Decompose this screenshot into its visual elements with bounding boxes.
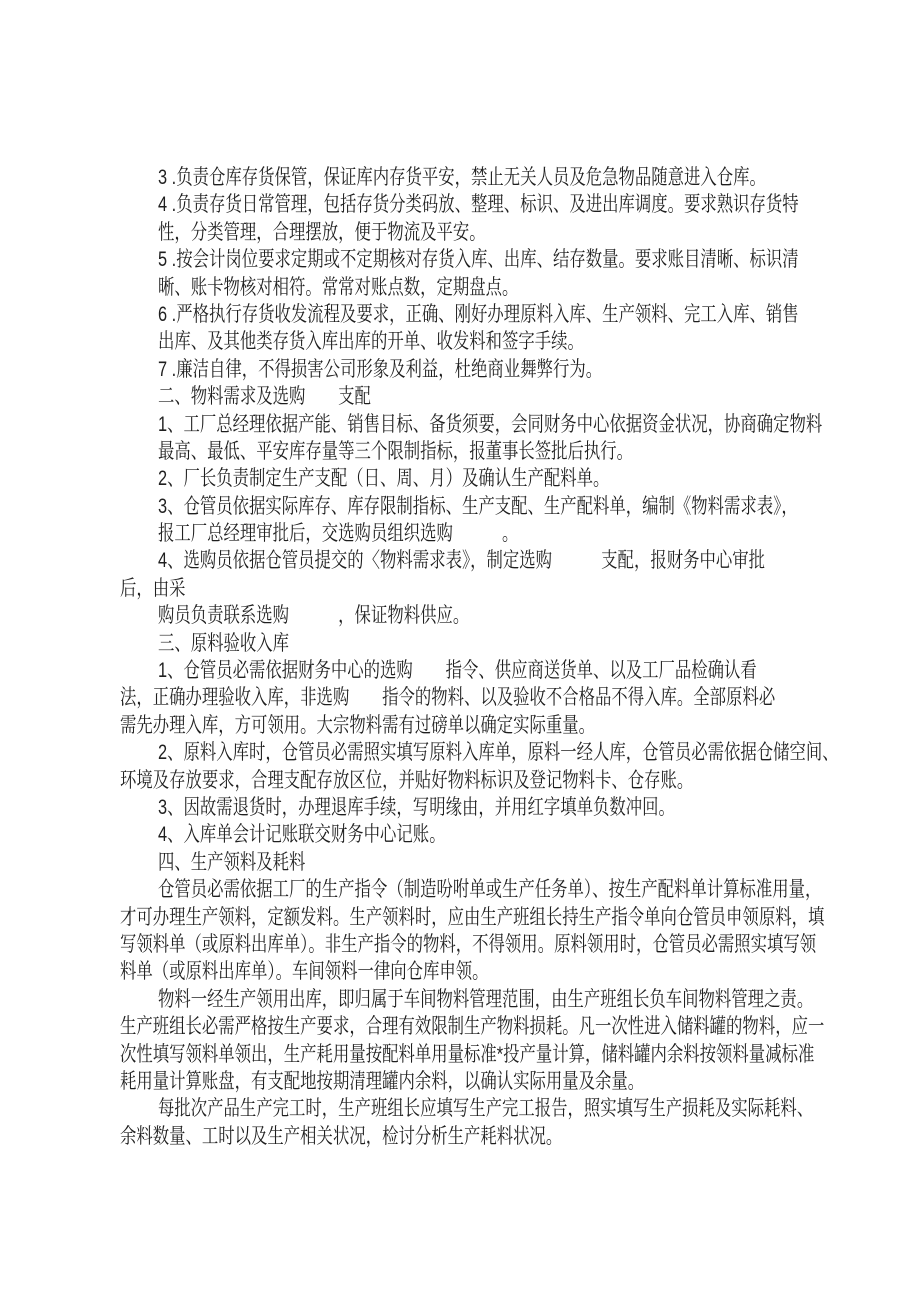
document-line: 4、入库单会计记账联交财务中心记账。	[158, 821, 839, 848]
document-line: 四、生产领料及耗料	[158, 849, 839, 876]
document-line: 二、物料需求及选购 支配	[158, 383, 839, 410]
document-line: 物料一经生产领用出库，即归属于车间物料管理范围，由生产班组长负车间物料管理之责。	[158, 986, 839, 1013]
document-line: 4、选购员依据仓管员提交的〈物料需求表》，制定选购 支配，报财务中心审批	[158, 547, 839, 574]
document-line: 1、仓管员必需依据财务中心的选购 指令、供应商送货单、以及工厂品检确认看	[158, 657, 839, 684]
document-line: 6 .严格执行存货收发流程及要求，正确、刚好办理原料入库、生产领料、完工入库、销…	[158, 301, 839, 328]
document-line: 晰、账卡物核对相符。常常对账点数，定期盘点。	[158, 274, 839, 301]
document-line: 仓管员必需依据工厂的生产指令（制造吩咐单或生产任务单）、按生产配料单计算标准用量…	[158, 876, 839, 903]
document-line: 法，正确办理验收入库，非选购 指令的物料、以及验收不合格品不得入库。全部原料必	[120, 684, 830, 711]
document-line: 2、厂长负责制定生产支配（日、周、月）及确认生产配料单。	[158, 465, 839, 492]
document-line: 料单（或原料出库单）。车间领料一律向仓库申领。	[120, 958, 830, 985]
document-line: 7 .廉洁自律，不得损害公司形象及利益，杜绝商业舞弊行为。	[158, 356, 839, 383]
document-line: 生产班组长必需严格按生产要求，合理有效限制生产物料损耗。凡一次性进入储料罐的物料…	[120, 1013, 830, 1040]
document-line: 购员负责联系选购 ，保证物料供应。	[158, 602, 839, 629]
document-line: 出库、及其他类存货入库出库的开单、收发料和签字手续。	[158, 328, 839, 355]
document-line: 后，由采	[120, 575, 830, 602]
document-line: 最高、最低、平安库存量等三个限制指标，报董事长签批后执行。	[158, 438, 839, 465]
document-line: 写领料单（或原料出库单）。非生产指令的物料，不得领用。原料领用时，仓管员必需照实…	[120, 931, 830, 958]
document-line: 3、仓管员依据实际库存、库存限制指标、生产支配、生产配料单，编制《物料需求表》，	[158, 493, 839, 520]
document-page: 3 .负责仓库存货保管，保证库内存货平安，禁止无关人员及危急物品随意进入仓库。4…	[0, 0, 920, 1301]
document-line: 每批次产品生产完工时，生产班组长应填写生产完工报告，照实填写生产损耗及实际耗料、	[158, 1095, 839, 1122]
document-line: 余料数量、工时以及生产相关状况，检讨分析生产耗料状况。	[120, 1123, 830, 1150]
document-line: 环境及存放要求，合理支配存放区位，并贴好物料标识及登记物料卡、仓存账。	[120, 767, 830, 794]
document-line: 三、原料验收入库	[158, 630, 839, 657]
document-line: 2、原料入库时，仓管员必需照实填写原料入库单，原料一经人库，仓管员必需依据仓储空…	[158, 739, 839, 766]
document-line: 需先办理入库，方可领用。大宗物料需有过磅单以确定实际重量。	[120, 712, 830, 739]
document-line: 耗用量计算账盘，有支配地按期清理罐内余料，以确认实际用量及余量。	[120, 1068, 830, 1095]
document-line: 性，分类管理，合理摆放，便于物流及平安。	[158, 219, 839, 246]
document-line: 5 .按会计岗位要求定期或不定期核对存货入库、出库、结存数量。要求账目清晰、标识…	[158, 246, 839, 273]
document-line: 才可办理生产领料，定额发料。生产领料时，应由生产班组长持生产指令单向仓管员申领原…	[120, 904, 830, 931]
document-line: 次性填写领料单领出，生产耗用量按配料单用量标准*投产量计算，储料罐内余料按领料量…	[120, 1041, 830, 1068]
document-line: 4 .负责存货日常管理，包括存货分类码放、整理、标识、及进出库调度。要求熟识存货…	[158, 191, 839, 218]
document-text-block: 3 .负责仓库存货保管，保证库内存货平安，禁止无关人员及危急物品随意进入仓库。4…	[120, 164, 920, 1150]
document-line: 1、工厂总经理依据产能、销售目标、备货须要，会同财务中心依据资金状况，协商确定物…	[158, 411, 839, 438]
document-line: 3 .负责仓库存货保管，保证库内存货平安，禁止无关人员及危急物品随意进入仓库。	[158, 164, 839, 191]
document-line: 报工厂总经理审批后，交选购员组织选购 。	[158, 520, 839, 547]
document-line: 3、因故需退货时，办理退库手续，写明缘由，并用红字填单负数冲回。	[158, 794, 839, 821]
screenshot-root: { "page": { "background": "#ffffff", "te…	[0, 0, 920, 1301]
